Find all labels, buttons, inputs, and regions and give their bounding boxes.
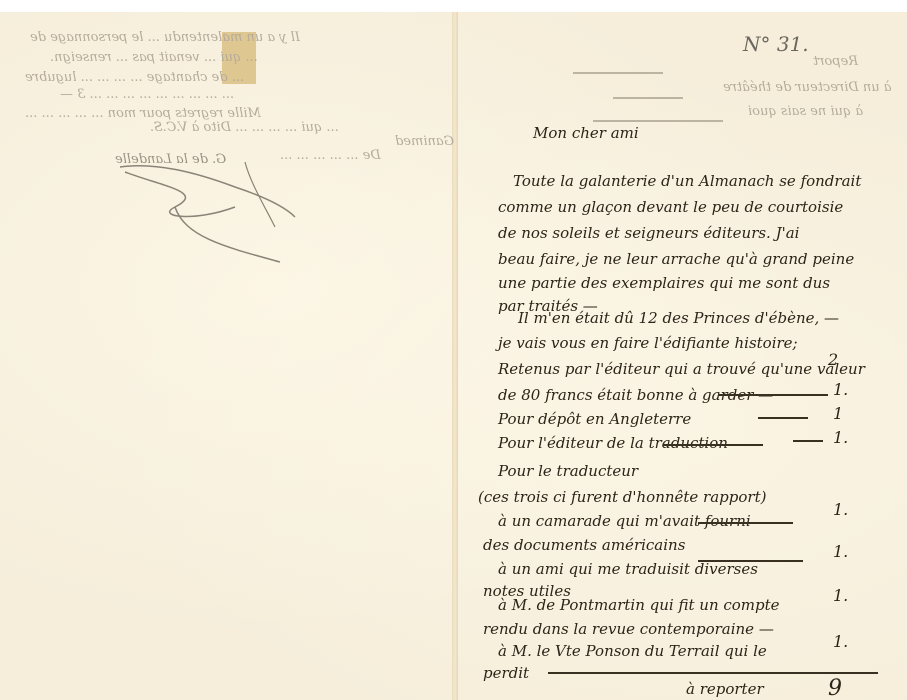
body-line: à un camarade qui m'avait fourni: [498, 512, 751, 530]
ledger-count: 2: [828, 350, 838, 369]
faint-rule: [613, 97, 683, 99]
body-line: Toute la galanterie d'un Almanach se fon…: [513, 172, 861, 190]
ledger-rule: [663, 444, 763, 446]
body-line: de nos soleils et seigneurs éditeurs. J'…: [498, 224, 799, 242]
body-line: à un ami qui me traduisit diverses: [498, 560, 758, 578]
body-line: perdit: [483, 664, 529, 682]
faint-rule: [573, 72, 663, 74]
ledger-count: 1.: [833, 380, 848, 399]
bleed-through-line: ... qui ... ... ... ... Dito à V.C.S.: [150, 120, 339, 135]
body-line: rendu dans la revue contemporaine —: [483, 620, 774, 638]
ledger-rule: [698, 522, 793, 524]
ledger-rule: [718, 394, 828, 396]
bleed-through-line: ... qui ... venait pas ... renseign.: [50, 50, 258, 65]
body-line: comme un glaçon devant le peu de courtoi…: [498, 198, 843, 216]
salutation: Mon cher ami: [533, 124, 639, 142]
ledger-count: 1.: [833, 428, 848, 447]
right-page: N° 31. Report à un Directeur de théâtre …: [458, 12, 907, 700]
ledger-rule: [698, 560, 803, 562]
body-line: Retenus par l'éditeur qui a trouvé qu'un…: [498, 360, 865, 378]
body-line: Pour dépôt en Angleterre: [498, 410, 691, 428]
ledger-count: 1.: [833, 500, 848, 519]
faint-rule: [593, 120, 723, 122]
body-line: beau faire, je ne leur arrache qu'à gran…: [498, 250, 854, 268]
bleed-through-line: Mille regrets pour mon ... ... ... ... .…: [25, 106, 261, 121]
body-line: des documents américains: [483, 536, 685, 554]
ledger-count: 1: [833, 404, 843, 423]
bleed-through-line: ... de chantage ... ... ... ... lugubre: [25, 70, 244, 85]
ledger-rule: [548, 672, 878, 674]
body-line: Il m'en était dû 12 des Princes d'ébène,…: [518, 309, 839, 327]
ledger-count: 1.: [833, 586, 848, 605]
body-line: je vais vous en faire l'édifiante histoi…: [498, 334, 798, 352]
carry-over-total: 9: [828, 676, 842, 700]
carry-over-label: à reporter: [686, 680, 764, 698]
bleed-through-line: ... ... ... ... ... ... ... ... ... 3 —: [60, 87, 234, 102]
document-number: N° 31.: [743, 32, 809, 56]
body-line: (ces trois ci furent d'honnête rapport): [478, 488, 766, 506]
body-line: une partie des exemplaires qui me sont d…: [498, 274, 830, 292]
ledger-count: 1.: [833, 542, 848, 561]
bleed-through-line: Ganimed: [395, 134, 454, 149]
ledger-count: 1.: [833, 632, 848, 651]
signature-name: G. de la Landelle: [115, 152, 226, 167]
bleed-through-line: Il y a un malentendu ... le personnage d…: [30, 30, 300, 45]
left-page: Il y a un malentendu ... le personnage d…: [0, 12, 452, 700]
bleed-through-header: Report: [813, 54, 858, 69]
bleed-through-header: à un Directeur de théâtre: [723, 80, 892, 95]
body-line: à M. le Vte Ponson du Terrail qui le: [498, 642, 767, 660]
body-line: Pour le traducteur: [498, 462, 638, 480]
body-line: à M. de Pontmartin qui fit un compte: [498, 596, 780, 614]
ledger-rule: [758, 417, 808, 419]
bleed-through-header: à qui ne sais quoi: [748, 104, 863, 119]
ledger-rule: [793, 440, 823, 442]
body-line: Pour l'éditeur de la traduction: [498, 434, 728, 452]
